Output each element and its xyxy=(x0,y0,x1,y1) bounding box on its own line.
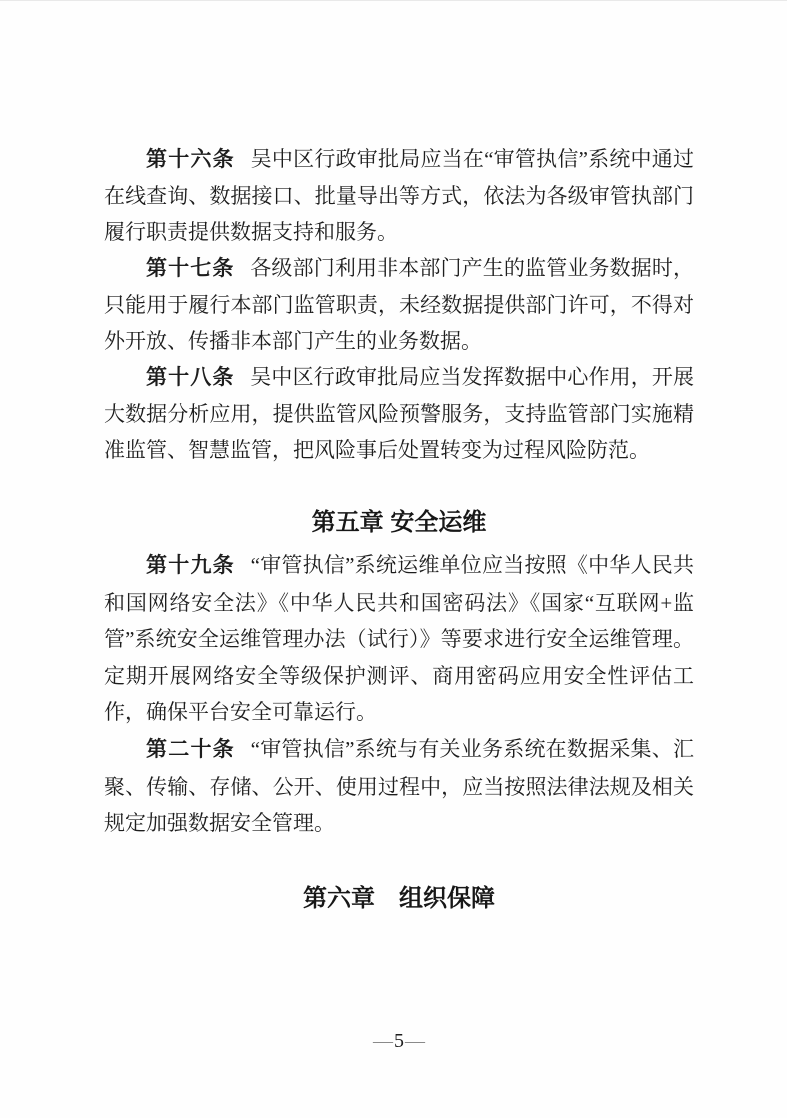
article-16-number: 第十六条 xyxy=(146,148,235,171)
articles-section-chapter5: 第十九条“审管执信”系统运维单位应当按照《中华人民共和国网络安全法》《中华人民共… xyxy=(104,547,694,842)
page-number-dash-right: — xyxy=(405,1030,425,1052)
article-20: 第二十条“审管执信”系统与有关业务系统在数据采集、汇聚、传输、存储、公开、使用过… xyxy=(104,731,694,842)
article-17-number: 第十七条 xyxy=(146,257,235,280)
page-number: —5— xyxy=(104,1029,694,1053)
article-19: 第十九条“审管执信”系统运维单位应当按照《中华人民共和国网络安全法》《中华人民共… xyxy=(104,547,694,731)
article-16: 第十六条吴中区行政审批局应当在“审管执信”系统中通过在线查询、数据接口、批量导出… xyxy=(104,141,694,250)
article-19-number: 第十九条 xyxy=(146,554,235,577)
document-page: 第十六条吴中区行政审批局应当在“审管执信”系统中通过在线查询、数据接口、批量导出… xyxy=(0,0,787,1118)
articles-section-chapter4: 第十六条吴中区行政审批局应当在“审管执信”系统中通过在线查询、数据接口、批量导出… xyxy=(104,141,694,468)
article-19-text: “审管执信”系统运维单位应当按照《中华人民共和国网络安全法》《中华人民共和国密码… xyxy=(104,553,694,724)
chapter-5-heading: 第五章 安全运维 xyxy=(104,509,694,537)
page-number-value: 5 xyxy=(393,1030,405,1052)
article-18: 第十八条吴中区行政审批局应当发挥数据中心作用，开展大数据分析应用，提供监管风险预… xyxy=(104,359,694,468)
chapter-6-heading: 第六章 组织保障 xyxy=(104,885,694,913)
article-20-number: 第二十条 xyxy=(146,738,235,761)
page-number-dash-left: — xyxy=(373,1030,393,1052)
article-17: 第十七条各级部门利用非本部门产生的监管业务数据时，只能用于履行本部门监管职责，未… xyxy=(104,250,694,359)
article-18-number: 第十八条 xyxy=(146,366,235,389)
